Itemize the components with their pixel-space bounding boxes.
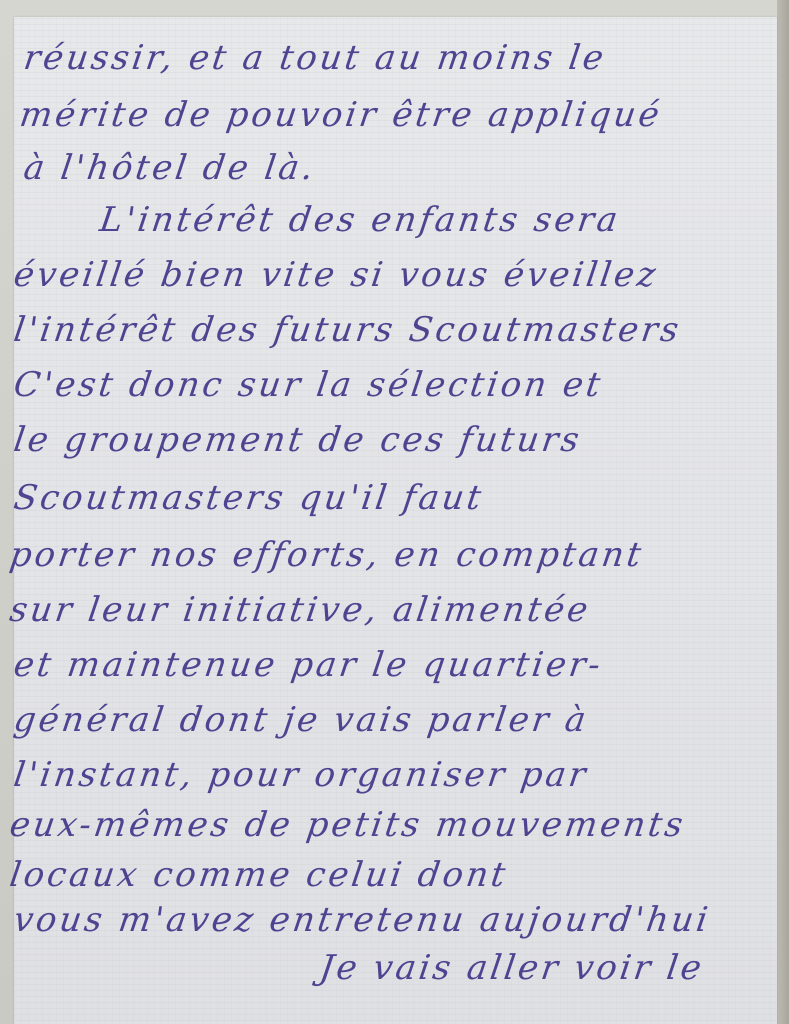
text-line-12: et maintenue par le quartier-	[11, 645, 605, 685]
text-line-11: sur leur initiative, alimentée	[7, 590, 593, 630]
text-line-3: à l'hôtel de là.	[21, 148, 318, 188]
letter-sheet: réussir, et a tout au moins le mérite de…	[14, 17, 777, 1024]
text-line-5: éveillé bien vite si vous éveillez	[11, 255, 661, 295]
text-line-2: mérite de pouvoir être appliqué	[17, 95, 664, 135]
text-line-10: porter nos efforts, en comptant	[7, 535, 646, 575]
text-line-18: Je vais aller voir le	[317, 948, 707, 988]
text-line-13: général dont je vais parler à	[11, 700, 591, 740]
text-line-16: locaux comme celui dont	[7, 855, 510, 895]
text-line-17: vous m'avez entretenu aujourd'hui	[11, 900, 713, 940]
text-line-8: le groupement de ces futurs	[11, 420, 584, 460]
text-line-4: L'intérêt des enfants sera	[97, 200, 623, 240]
binding-edge	[777, 0, 789, 1024]
text-line-9: Scoutmasters qu'il faut	[11, 478, 486, 518]
text-line-15: eux-mêmes de petits mouvements	[7, 805, 688, 845]
text-line-14: l'instant, pour organiser par	[11, 755, 591, 795]
text-line-6: l'intérêt des futurs Scoutmasters	[11, 310, 684, 350]
text-line-7: C'est donc sur la sélection et	[11, 365, 605, 405]
text-line-1: réussir, et a tout au moins le	[21, 38, 609, 78]
